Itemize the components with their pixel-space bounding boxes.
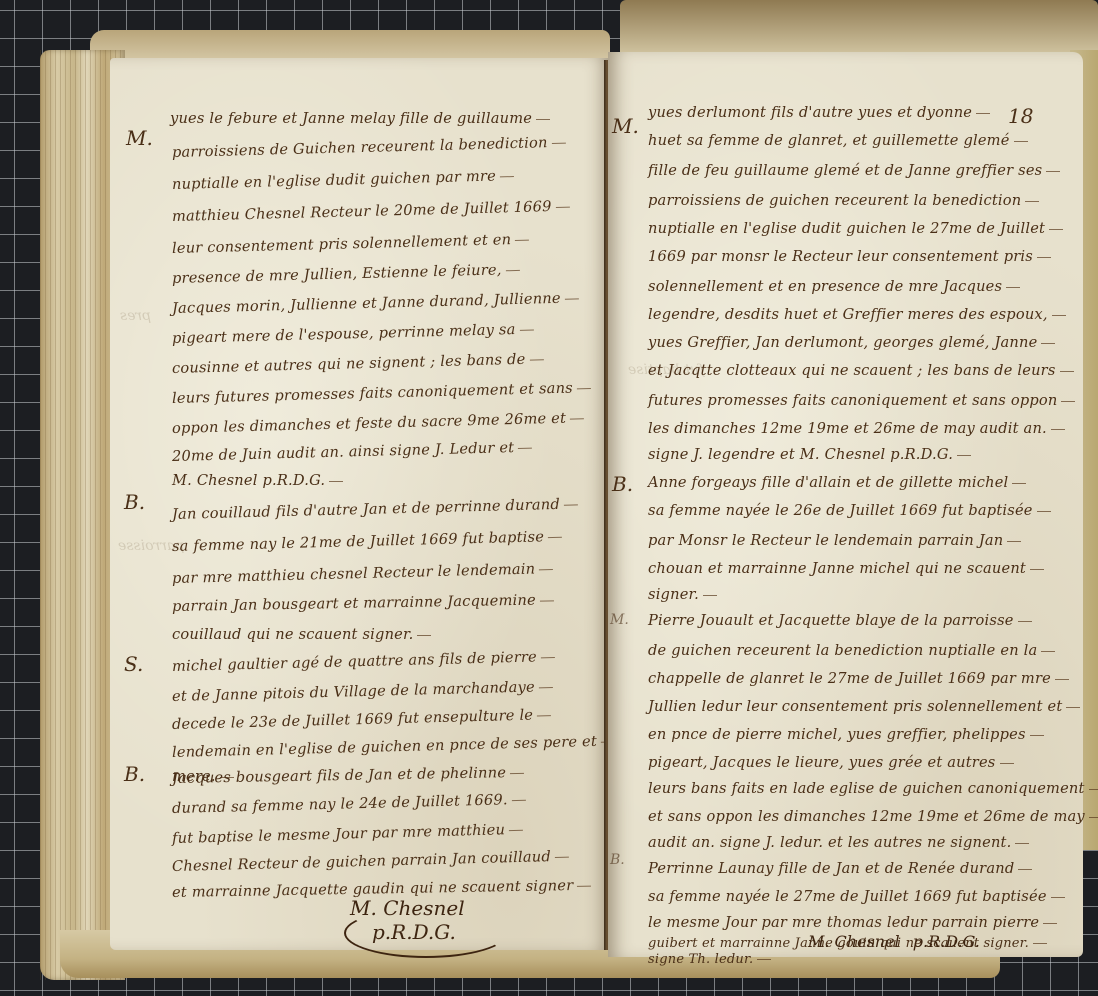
- text-line: 1669 par monsr le Recteur leur consentem…: [648, 248, 1051, 265]
- book-top-edge-right: [620, 0, 1098, 60]
- text-line: et de Janne pitois du Village de la marc…: [172, 678, 553, 705]
- text-line: fut baptise le mesme Jour par mre matthi…: [172, 821, 524, 847]
- open-register-book: pres parroisse M. yues le febure et Jann…: [40, 30, 1098, 992]
- priest-signature: M. Chesnel p.R.D.G.: [350, 896, 465, 944]
- text-line: signe J. legendre et M. Chesnel p.R.D.G.: [648, 446, 971, 463]
- text-line: Chesnel Recteur de guichen parrain Jan c…: [172, 848, 569, 875]
- text-line: lendemain en l'eglise de guichen en pnce…: [172, 732, 615, 761]
- text-line: et sans oppon les dimanches 12me 19me et…: [648, 808, 1098, 825]
- text-line: matthieu Chesnel Recteur le 20me de Juil…: [172, 198, 570, 225]
- text-line: yues le febure et Janne melay fille de g…: [170, 110, 550, 127]
- text-line: de guichen receurent la benediction nupt…: [648, 642, 1055, 659]
- text-line: parroissiens de Guichen receurent la ben…: [172, 134, 566, 161]
- text-line: presence de mre Jullien, Estienne le fei…: [172, 261, 520, 287]
- text-line: cousinne et autres qui ne signent ; les …: [172, 350, 544, 377]
- text-line: signe Th. ledur.: [648, 952, 771, 967]
- margin-tag-burial: S.: [124, 652, 143, 676]
- text-line: sa femme nayée le 26e de Juillet 1669 fu…: [648, 502, 1051, 519]
- text-line: nuptialle en l'eglise dudit guichen par …: [172, 167, 514, 193]
- signature-title: p.R.D.G.: [913, 932, 980, 951]
- text-line: Jullien ledur leur consentement pris sol…: [648, 698, 1080, 715]
- text-line: par mre matthieu chesnel Recteur le lend…: [172, 560, 554, 587]
- text-line: et Jacqtte clotteaux qui ne scauent ; le…: [648, 362, 1074, 379]
- left-page: pres parroisse M. yues le febure et Jann…: [110, 58, 610, 950]
- margin-tag-baptism: B.: [124, 490, 145, 514]
- text-line: audit an. signe J. ledur. et les autres …: [648, 834, 1029, 851]
- text-line: decede le 23e de Juillet 1669 fut ensepu…: [172, 706, 552, 733]
- text-line: nuptialle en l'eglise dudit guichen le 2…: [648, 220, 1063, 237]
- right-page: 18 fut baptise M. yues derlumont fils d'…: [608, 52, 1083, 957]
- text-line: Jan couillaud fils d'autre Jan et de per…: [172, 495, 578, 523]
- text-line: couillaud qui ne scauent signer.: [172, 626, 431, 643]
- text-line: signer.: [648, 586, 717, 603]
- text-line: Pierre Jouault et Jacquette blaye de la …: [648, 612, 1032, 629]
- text-line: pigeart, Jacques le lieure, yues grée et…: [648, 754, 1014, 771]
- text-line: oppon les dimanches et feste du sacre 9m…: [172, 409, 585, 437]
- text-line: solennellement et en presence de mre Jac…: [648, 278, 1020, 295]
- text-line: le mesme Jour par mre thomas ledur parra…: [648, 914, 1057, 931]
- text-line: legendre, desdits huet et Greffier meres…: [648, 306, 1066, 323]
- bleed-through-text: pres: [120, 308, 151, 324]
- text-line: sa femme nayée le 27me de Juillet 1669 f…: [648, 888, 1065, 905]
- text-line: sa femme nay le 21me de Juillet 1669 fut…: [172, 528, 562, 555]
- text-line: yues Greffier, Jan derlumont, georges gl…: [648, 334, 1055, 351]
- text-line: michel gaultier agé de quattre ans fils …: [172, 648, 555, 675]
- text-line: durand sa femme nay le 24e de Juillet 16…: [172, 791, 526, 817]
- signature-flourish: [344, 908, 508, 958]
- folio-number: 18: [1008, 104, 1033, 128]
- text-line: par Monsr le Recteur le lendemain parrai…: [648, 532, 1021, 549]
- text-line: Anne forgeays fille d'allain et de gille…: [648, 474, 1026, 491]
- text-line: futures promesses faits canoniquement et…: [648, 392, 1075, 409]
- margin-tag-marriage: M.: [126, 126, 153, 150]
- margin-tag-marriage: M.: [610, 612, 629, 628]
- margin-tag-marriage: M.: [612, 114, 639, 138]
- text-line: chouan et marrainne Janne michel qui ne …: [648, 560, 1044, 577]
- text-line: en pnce de pierre michel, yues greffier,…: [648, 726, 1044, 743]
- text-line: 20me de Juin audit an. ainsi signe J. Le…: [172, 439, 533, 465]
- text-line: parrain Jan bousgeart et marrainne Jacqu…: [172, 591, 554, 615]
- text-line: chappelle de glanret le 27me de Juillet …: [648, 670, 1069, 687]
- text-line: pigeart mere de l'espouse, perrinne mela…: [172, 321, 534, 347]
- text-line: Jacques morin, Jullienne et Janne durand…: [172, 289, 579, 317]
- priest-signature: M. Chesnel p.R.D.G.: [808, 932, 980, 951]
- margin-tag-baptism: B.: [612, 472, 633, 496]
- text-line: les dimanches 12me 19me et 26me de may a…: [648, 420, 1065, 437]
- text-line: leurs futures promesses faits canoniquem…: [172, 379, 591, 407]
- margin-tag-baptism: B.: [610, 852, 625, 868]
- text-line: fille de feu guillaume glemé et de Janne…: [648, 162, 1060, 179]
- text-line: leurs bans faits en lade eglise de guich…: [648, 780, 1098, 797]
- signature-name: M. Chesnel: [808, 932, 900, 951]
- text-line: yues derlumont fils d'autre yues et dyon…: [648, 104, 990, 121]
- text-line: huet sa femme de glanret, et guillemette…: [648, 132, 1028, 149]
- text-line: M. Chesnel p.R.D.G.: [172, 472, 343, 489]
- text-line: Perrinne Launay fille de Jan et de Renée…: [648, 860, 1032, 877]
- text-line: leur consentement pris solennellement et…: [172, 231, 530, 257]
- text-line: parroissiens de guichen receurent la ben…: [648, 192, 1039, 209]
- margin-tag-baptism: B.: [124, 762, 145, 786]
